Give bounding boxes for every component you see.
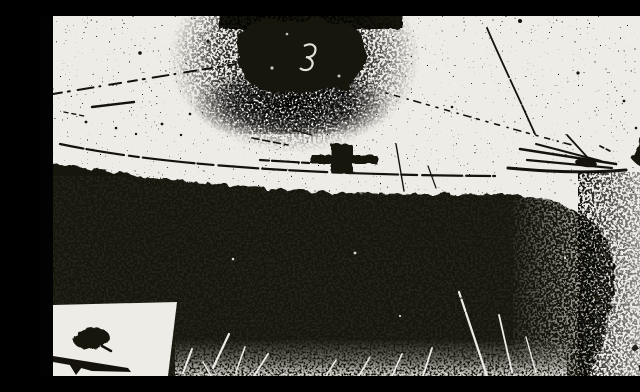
letterbox-left-bar — [40, 16, 53, 376]
right-speckle-transition — [578, 172, 640, 376]
dome — [237, 20, 365, 93]
dome-group — [168, 16, 420, 154]
paper-cutout-group — [53, 302, 177, 376]
ufo-photo-frame: Black-and-white UFO photograph (letterbo… — [40, 16, 640, 376]
ufo-photo-svg: Black-and-white UFO photograph (letterbo… — [40, 16, 640, 376]
